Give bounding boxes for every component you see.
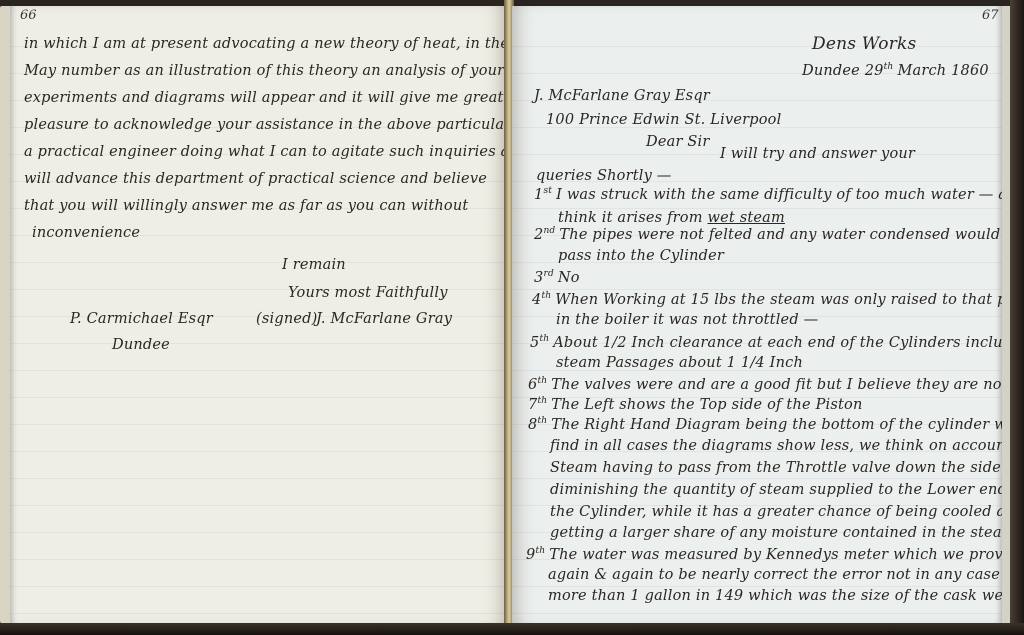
body-line: experiments and diagrams will appear and… [24,90,504,106]
answer-item: 8thThe Right Hand Diagram being the bott… [528,416,1012,433]
signed-label: (signed) [256,311,317,327]
intro-line: queries Shortly — [536,168,672,184]
right-page: 67 Dens Works Dundee 29thMarch 1860 J. M… [512,6,1012,624]
answer-item: 6thThe valves were and are a good fit bu… [528,376,1012,393]
answer-item-cont: diminishing the quantity of steam suppli… [550,482,1012,498]
addressee-name: P. Carmichael Esqr [70,311,213,327]
salutation: Dear Sir [646,134,710,150]
answer-item: 7thThe Left shows the Top side of the Pi… [528,396,863,413]
answer-item-cont: think it arises from wet steam [558,210,785,226]
page-number-right: 67 [982,8,999,23]
body-line: a practical engineer doing what I can to… [24,144,506,160]
closing-remain: I remain [282,257,346,273]
body-line: May number as an illustration of this th… [24,63,504,79]
bottom-shadow [0,623,1024,635]
left-page: 66 in which I am at present advocating a… [0,6,506,624]
letterhead-place: Dens Works [812,34,916,54]
answer-item-cont: in the boiler it was not throttled — [556,312,818,328]
recipient-address: 100 Prince Edwin St. Liverpool [546,112,781,128]
body-line: pleasure to acknowledge your assistance … [24,117,506,133]
body-line: in which I am at present advocating a ne… [24,36,506,52]
answer-item-cont: the Cylinder, while it has a greater cha… [550,504,1012,520]
answer-item: 4thWhen Working at 15 lbs the steam was … [532,291,1012,308]
answer-item-cont: more than 1 gallon in 149 which was the … [548,588,1012,604]
body-line: inconvenience [32,225,140,241]
page-number-left: 66 [20,8,37,23]
recipient-name: J. McFarlane Gray Esqr [534,88,710,104]
answer-item-cont: again & again to be nearly correct the e… [548,567,1012,583]
answer-item-cont: pass into the Cylinder [558,248,724,264]
body-line: will advance this department of practica… [24,171,487,187]
open-letterbook: 66 in which I am at present advocating a… [0,0,1024,635]
answer-item: 9thThe water was measured by Kennedys me… [526,546,1012,563]
answer-item: 3rdNo [534,269,580,286]
underlined-phrase: wet steam [707,210,784,226]
signature: J. McFarlane Gray [316,311,452,327]
letter-date: Dundee 29thMarch 1860 [802,62,989,79]
answer-item: 5thAbout 1/2 Inch clearance at each end … [530,334,1012,351]
book-edge [1010,0,1024,635]
intro-line: I will try and answer your [720,146,915,162]
addressee-place: Dundee [112,337,170,353]
answer-item-cont: getting a larger share of any moisture c… [550,525,1012,541]
answer-item: 2ndThe pipes were not felted and any wat… [534,226,1012,243]
closing-faithfully: Yours most Faithfully [288,285,448,301]
body-line: that you will willingly answer me as far… [24,198,468,214]
answer-item-cont: Steam having to pass from the Throttle v… [550,460,1012,476]
answer-item-cont: steam Passages about 1 1/4 Inch [556,355,803,371]
answer-item-cont: find in all cases the diagrams show less… [550,438,1012,454]
answer-item: 1stI was struck with the same difficulty… [534,186,1012,203]
